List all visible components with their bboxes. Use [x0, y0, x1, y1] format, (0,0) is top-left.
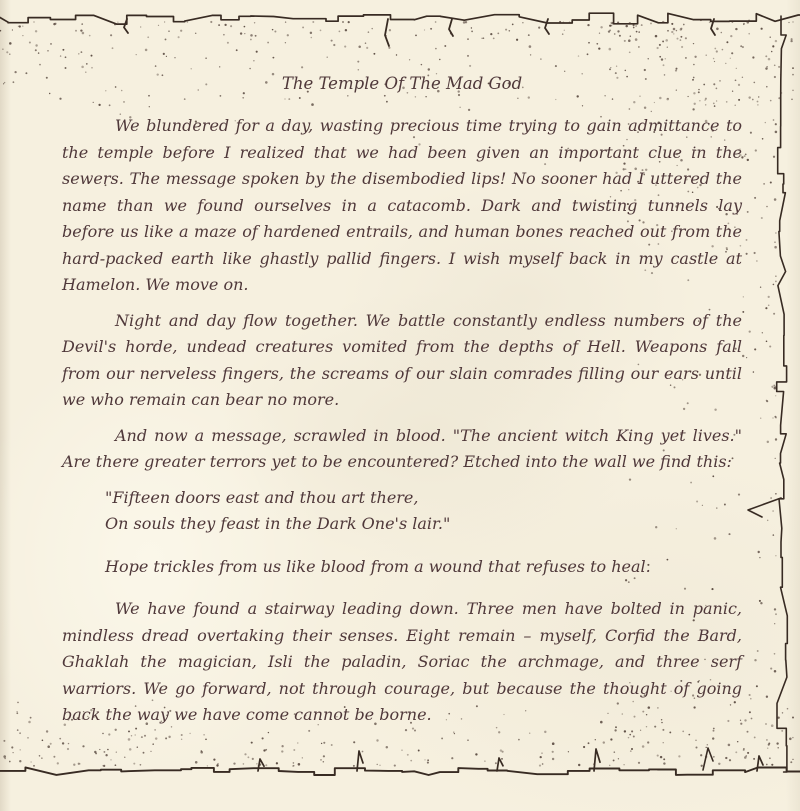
- text-line: we who remain can bear no more.: [62, 387, 742, 414]
- text-line: Are there greater terrors yet to be enco…: [62, 449, 742, 476]
- paragraph: And now a message, scrawled in blood. "T…: [62, 423, 742, 476]
- text-line: sewers. The message spoken by the disemb…: [62, 166, 742, 193]
- text-line: We blundered for a day, wasting precious…: [62, 113, 742, 140]
- indented-verse: "Fifteen doors east and thou art there,O…: [62, 485, 742, 538]
- text-line: We have found a stairway leading down. T…: [62, 596, 742, 623]
- torn-edge-line: [545, 19, 549, 34]
- text-line: Night and day flow together. We battle c…: [62, 308, 742, 335]
- scanned-journal-page: The Temple Of The Mad God We blundered f…: [0, 0, 800, 811]
- text-line: hard-packed earth like ghastly pallid fi…: [62, 246, 742, 273]
- text-line: before us like a maze of hardened entrai…: [62, 219, 742, 246]
- text-line: Hope trickles from us like blood from a …: [105, 554, 742, 581]
- text-line: mindless dread overtaking their senses. …: [62, 623, 742, 650]
- torn-edge-line: [777, 16, 788, 772]
- text-line: And now a message, scrawled in blood. "T…: [62, 423, 742, 450]
- journal-content: The Temple Of The Mad God We blundered f…: [62, 70, 742, 738]
- torn-edge-line: [385, 19, 389, 46]
- torn-edge-line: [0, 767, 800, 775]
- torn-edge-line: [0, 13, 800, 24]
- page-title: The Temple Of The Mad God: [62, 70, 742, 97]
- text-line: name than we found ourselves in a cataco…: [62, 193, 742, 220]
- indented-verse: Hope trickles from us like blood from a …: [62, 554, 742, 581]
- torn-edge-line: [497, 758, 503, 771]
- text-line: Hamelon. We move on.: [62, 272, 742, 299]
- text-line: back the way we have come cannot be born…: [62, 702, 742, 729]
- paragraph: We blundered for a day, wasting precious…: [62, 113, 742, 299]
- text-line: Ghaklah the magician, Isli the paladin, …: [62, 649, 742, 676]
- text-line: Devil's horde, undead creatures vomited …: [62, 334, 742, 361]
- text-line: "Fifteen doors east and thou art there,: [105, 485, 742, 512]
- torn-edge-line: [748, 498, 781, 517]
- paragraph: Night and day flow together. We battle c…: [62, 308, 742, 414]
- torn-edge-line: [703, 748, 713, 770]
- text-line: On souls they feast in the Dark One's la…: [105, 511, 742, 538]
- text-line: the temple before I realized that we had…: [62, 140, 742, 167]
- text-line: warriors. We go forward, not through cou…: [62, 676, 742, 703]
- text-line: from our nerveless fingers, the screams …: [62, 361, 742, 388]
- paragraph: We have found a stairway leading down. T…: [62, 596, 742, 729]
- journal-text-blocks: We blundered for a day, wasting precious…: [62, 113, 742, 729]
